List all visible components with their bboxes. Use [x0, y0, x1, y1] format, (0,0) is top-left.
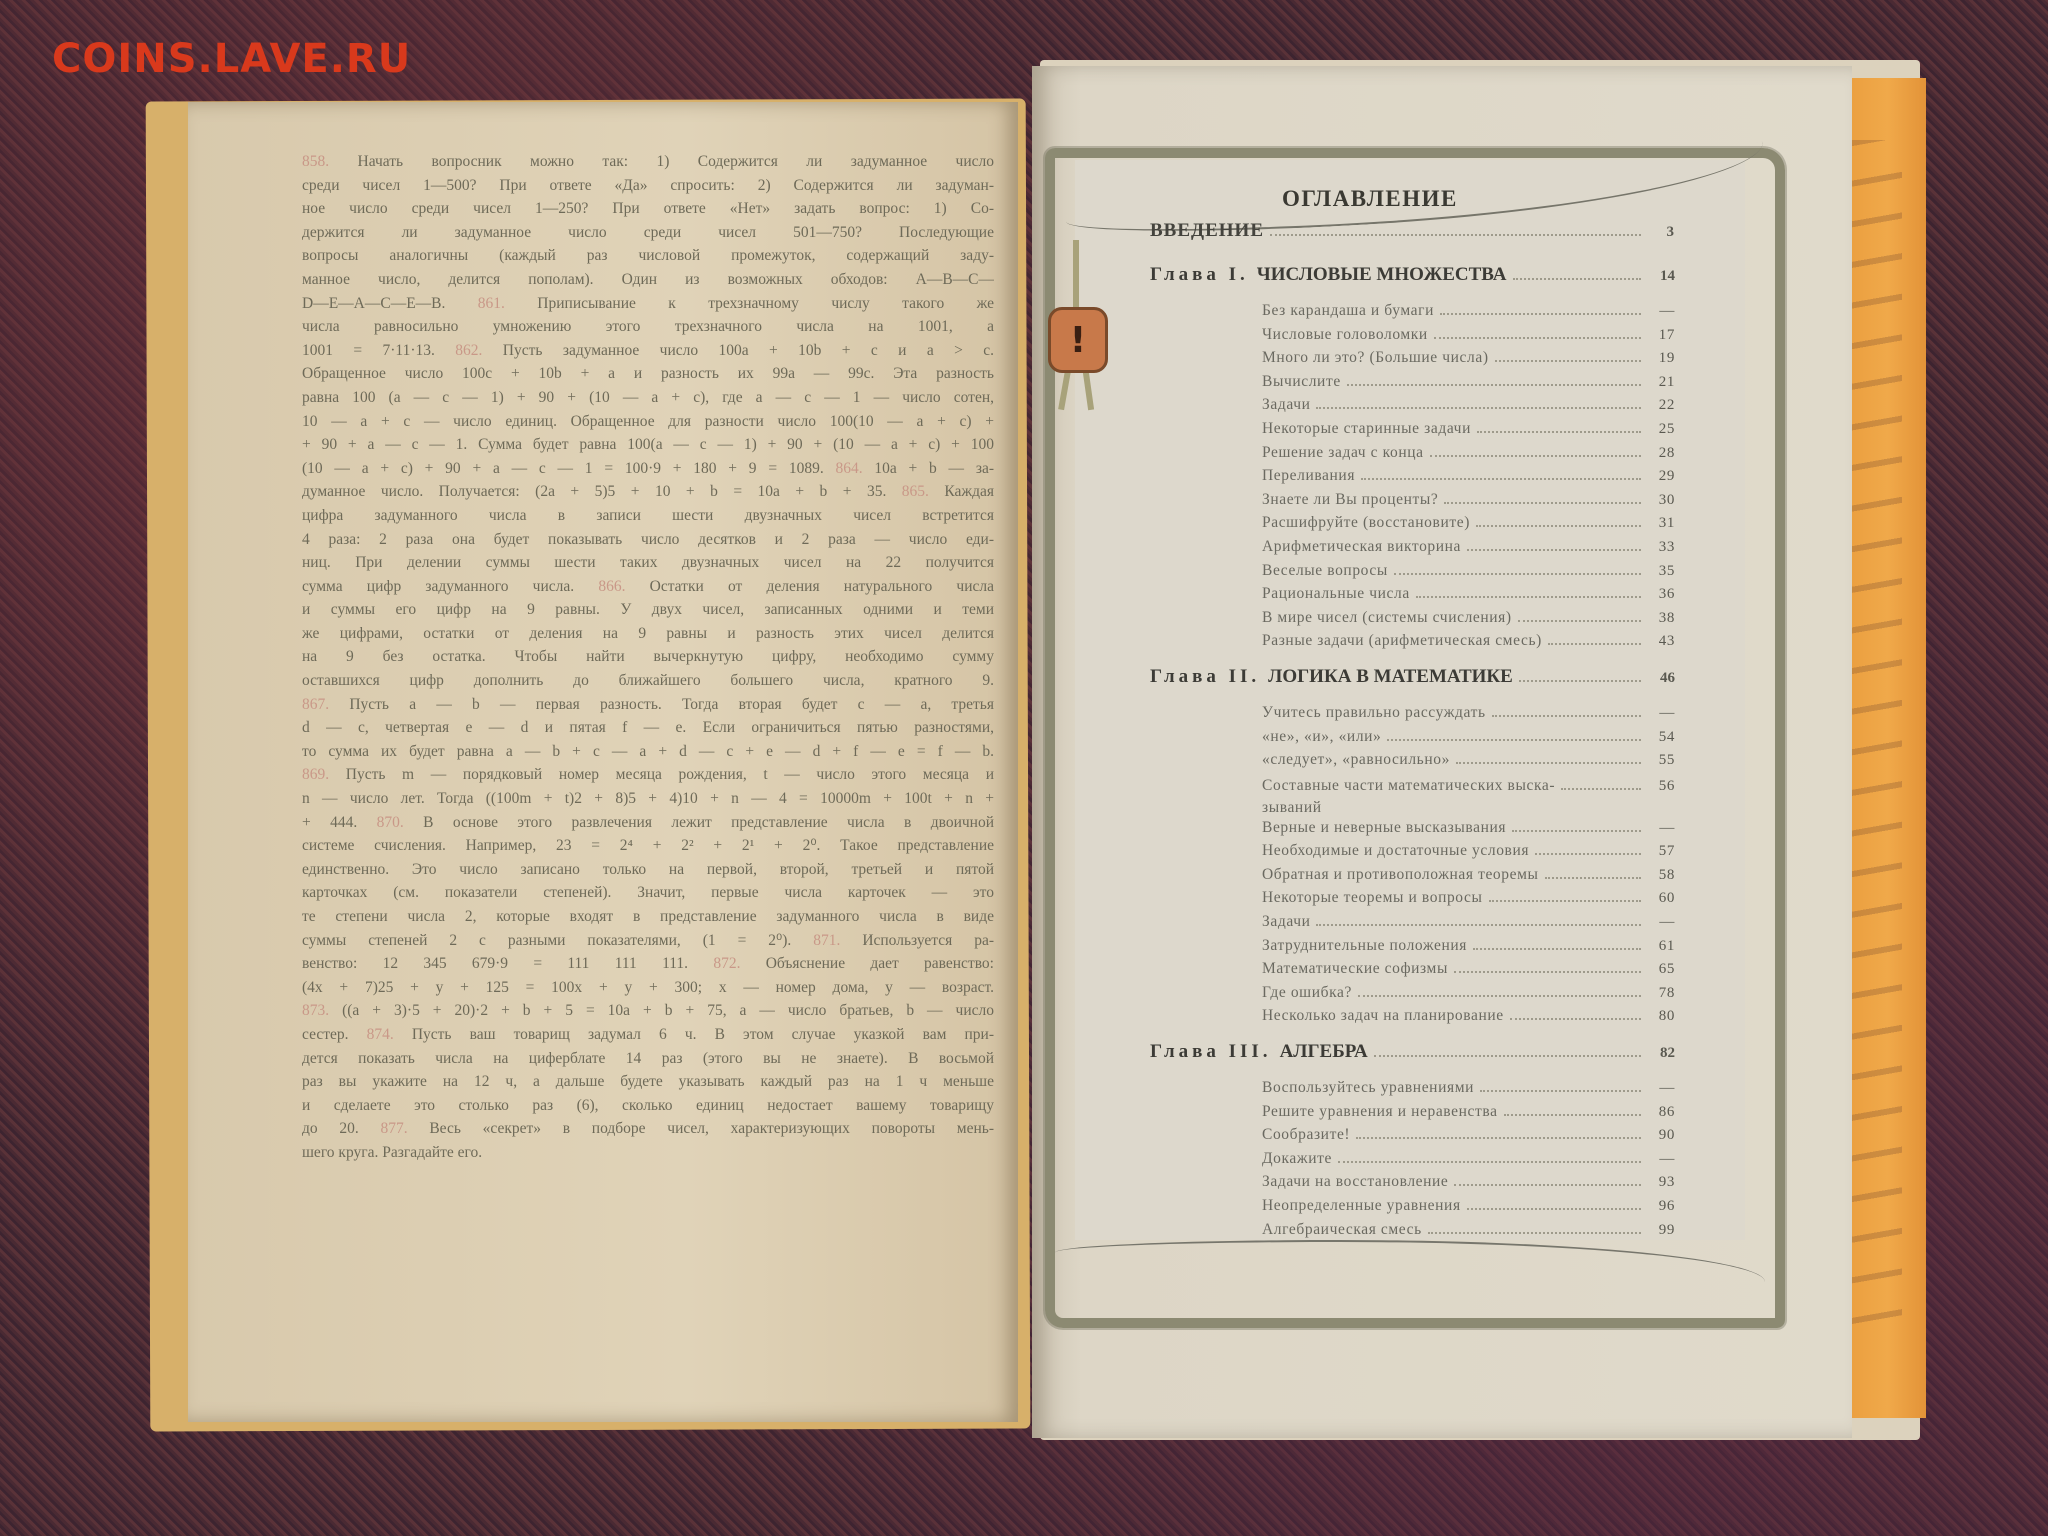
answer-text: те степени числа 2, которые входят в пре…: [302, 908, 994, 925]
answer-text: системе счисления. Например, 23 = 2⁴ + 2…: [302, 837, 994, 854]
leader-dots: [1440, 313, 1641, 315]
leader-dots: [1477, 431, 1641, 433]
answer-text: Пусть ваш товарищ задумал 6 ч. В этом сл…: [394, 1026, 994, 1043]
toc-item-label: Обратная и противоположная теоремы: [1262, 866, 1545, 884]
answer-line: Обращенное число 100c + 10b + a и разнос…: [302, 362, 994, 386]
toc-item-label: Переливания: [1262, 467, 1361, 485]
answer-line: суммы степеней 2 с разными показателями,…: [302, 929, 994, 953]
toc-item-label: Верные и неверные высказывания: [1262, 819, 1512, 837]
answer-text: единственно. Это число записано только н…: [302, 861, 994, 878]
answer-line: системе счисления. Например, 23 = 2⁴ + 2…: [302, 834, 994, 858]
answer-line: же цифрами, остатки от деления на 9 равн…: [302, 622, 994, 646]
answer-line: 10 — a + c — число единиц. Обращенное дл…: [302, 410, 994, 434]
answer-line: то сумма их будет равна a — b + c — a + …: [302, 740, 994, 764]
answer-text: среди чисел 1—500? При ответе «Да» спрос…: [302, 177, 994, 194]
problem-number: 872.: [713, 955, 740, 972]
answer-text: Приписывание к трехзначному числу такого…: [505, 295, 994, 312]
toc-item[interactable]: Много ли это? (Большие числа)19: [1262, 349, 1675, 373]
toc-item[interactable]: Расшифруйте (восстановите)31: [1262, 514, 1675, 538]
leader-dots: [1316, 407, 1641, 409]
leader-dots: [1476, 525, 1641, 527]
answer-line: D—E—A—C—E—B. 861. Приписывание к трехзна…: [302, 292, 994, 316]
toc-item-label: Арифметическая викторина: [1262, 538, 1467, 556]
answer-line: на 9 без остатка. Чтобы найти вычеркнуту…: [302, 645, 994, 669]
answer-text: карточках (см. показатели степеней). Зна…: [302, 884, 994, 901]
leader-dots: [1535, 853, 1641, 855]
toc-item-page: 43: [1641, 633, 1675, 650]
answer-text: же цифрами, остатки от деления на 9 равн…: [302, 625, 994, 642]
answer-line: и суммы его цифр на 9 равны. У двух чисе…: [302, 598, 994, 622]
toc-item-page: 60: [1641, 890, 1675, 907]
toc-item-page: 19: [1641, 350, 1675, 367]
answer-line: 867. Пусть a — b — первая разность. Тогд…: [302, 693, 994, 717]
answer-text: ((a + 3)·5 + 20)·2 + b + 5 = 10a + b + 7…: [329, 1002, 994, 1019]
leader-dots: [1374, 1055, 1641, 1057]
chapter-title: ЛОГИКА В МАТЕМАТИКЕ: [1268, 666, 1513, 687]
ribbon-icon: [1073, 240, 1079, 310]
toc-item-label: Рациональные числа: [1262, 585, 1416, 603]
toc-item[interactable]: Верные и неверные высказывания—: [1262, 819, 1675, 843]
toc-item-label-line1: Составные части математических выска-: [1262, 777, 1555, 794]
toc-item[interactable]: Арифметическая викторина33: [1262, 538, 1675, 562]
answer-text: и сделаете это столько раз (6), сколько …: [302, 1097, 994, 1114]
answer-text: вопросы аналогичны (каждый раз числовой …: [302, 247, 994, 264]
toc-item[interactable]: Составные части математических выска-зыв…: [1262, 775, 1675, 819]
answer-text: 10 — a + c — число единиц. Обращенное дл…: [302, 413, 994, 430]
toc-item-page: 96: [1641, 1198, 1675, 1215]
leader-dots: [1338, 1161, 1641, 1163]
toc-item-label: «следует», «равносильно»: [1262, 751, 1456, 769]
answer-text: числа равносильно умножению этого трехзн…: [302, 318, 994, 335]
toc-chapter[interactable]: Глава III.АЛГЕБРА82: [1150, 1041, 1675, 1079]
answer-text: и суммы его цифр на 9 равны. У двух чисе…: [302, 601, 994, 618]
toc-item-label: Докажите: [1262, 1150, 1338, 1168]
toc-item-page: 38: [1641, 610, 1675, 627]
toc-item-page: 90: [1641, 1127, 1675, 1144]
toc-item[interactable]: Математические софизмы65: [1262, 960, 1675, 984]
toc-item-label: Задачи: [1262, 396, 1316, 414]
toc-item[interactable]: Необходимые и достаточные условия57: [1262, 842, 1675, 866]
toc-item-label: Решите уравнения и неравенства: [1262, 1103, 1504, 1121]
toc-item-label: Воспользуйтесь уравнениями: [1262, 1079, 1480, 1097]
toc-item[interactable]: Затруднительные положения61: [1262, 937, 1675, 961]
toc-item-page: 25: [1641, 421, 1675, 438]
toc-item[interactable]: Знаете ли Вы проценты?30: [1262, 491, 1675, 515]
answer-text: + 90 + a — c — 1. Сумма будет равна 100(…: [302, 436, 994, 453]
leader-dots: [1495, 360, 1641, 362]
problem-number: 862.: [455, 342, 482, 359]
toc-item-label: Некоторые старинные задачи: [1262, 420, 1477, 438]
toc-item-page: —: [1641, 705, 1675, 722]
answer-text: шего круга. Разгадайте его.: [302, 1144, 482, 1161]
answer-text: Обращенное число 100c + 10b + a и разнос…: [302, 365, 994, 382]
answers-text: 858. Начать вопросник можно так: 1) Соде…: [302, 150, 994, 1165]
answer-line: (4x + 7)25 + y + 125 = 100x + y + 300; x…: [302, 976, 994, 1000]
answer-line: единственно. Это число записано только н…: [302, 858, 994, 882]
leader-dots: [1513, 278, 1642, 280]
problem-number: 877.: [380, 1120, 407, 1137]
toc-intro-page: 3: [1641, 224, 1675, 241]
toc-intro[interactable]: ВВЕДЕНИЕ 3: [1150, 220, 1675, 254]
problem-number: 870.: [377, 814, 404, 831]
answer-line: и сделаете это столько раз (6), сколько …: [302, 1094, 994, 1118]
chapter-prefix: Глава I.: [1150, 264, 1249, 285]
toc-item[interactable]: Учитесь правильно рассуждать—: [1262, 704, 1675, 728]
toc-item-page: 56: [1641, 778, 1675, 795]
leader-dots: [1467, 549, 1641, 551]
leader-dots: [1430, 455, 1641, 457]
answer-text: Пусть a — b — первая разность. Тогда вто…: [329, 696, 994, 713]
toc-item-page: 80: [1641, 1008, 1675, 1025]
leader-dots: [1473, 948, 1641, 950]
problem-number: 871.: [813, 932, 840, 949]
toc-item-label: Вычислите: [1262, 373, 1347, 391]
toc-item-page: —: [1641, 914, 1675, 931]
answer-text: ниц. При делении суммы шести таких двузн…: [302, 554, 994, 571]
leader-dots: [1545, 877, 1641, 879]
toc-item-label: Много ли это? (Большие числа): [1262, 349, 1495, 367]
chapter-label: Глава III.АЛГЕБРА: [1150, 1041, 1374, 1063]
chapter-prefix: Глава II.: [1150, 666, 1260, 687]
leader-dots: [1416, 596, 1641, 598]
toc-item-label: В мире чисел (системы счисления): [1262, 609, 1518, 627]
chapter-page: 46: [1641, 670, 1675, 687]
answer-line: манное число, делится пополам). Один из …: [302, 268, 994, 292]
toc-item-page: 29: [1641, 468, 1675, 485]
toc-item[interactable]: Некоторые старинные задачи25: [1262, 420, 1675, 444]
answer-text: Объяснение дает равенство:: [740, 955, 994, 972]
answer-text: d — c, четвертая e — d и пятая f — e. Ес…: [302, 719, 994, 736]
answer-text: Каждая: [929, 483, 994, 500]
answer-line: n — число лет. Тогда ((100m + t)2 + 8)5 …: [302, 787, 994, 811]
toc-item-label: Расшифруйте (восстановите): [1262, 514, 1476, 532]
answer-line: d — c, четвертая e — d и пятая f — e. Ес…: [302, 716, 994, 740]
toc-item[interactable]: Числовые головоломки17: [1262, 326, 1675, 350]
answer-line: 873. ((a + 3)·5 + 20)·2 + b + 5 = 10a + …: [302, 999, 994, 1023]
toc-item-page: 36: [1641, 586, 1675, 603]
toc-item-label: Задачи на восстановление: [1262, 1173, 1454, 1191]
toc-item[interactable]: Несколько задач на планирование80: [1262, 1007, 1675, 1031]
leader-dots: [1454, 1184, 1641, 1186]
leader-dots: [1270, 234, 1641, 236]
answer-text: (10 — a + c) + 90 + a — c — 1 = 100·9 + …: [302, 460, 835, 477]
toc-item[interactable]: Задачи на восстановление93: [1262, 1173, 1675, 1197]
answer-text: равна 100 (a — c — 1) + 90 + (10 — a + c…: [302, 389, 994, 406]
toc-item[interactable]: Где ошибка?78: [1262, 984, 1675, 1008]
leader-dots: [1444, 502, 1641, 504]
answer-line: до 20. 877. Весь «секрет» в подборе чисе…: [302, 1117, 994, 1141]
answer-line: шего круга. Разгадайте его.: [302, 1141, 994, 1165]
problem-number: 869.: [302, 766, 329, 783]
answer-line: дется показать числа на циферблате 14 ра…: [302, 1047, 994, 1071]
answer-line: раз вы укажите на 12 ч, а дальше будете …: [302, 1070, 994, 1094]
toc-item-label: Веселые вопросы: [1262, 562, 1394, 580]
answer-line: думанное число. Получается: (2a + 5)5 + …: [302, 480, 994, 504]
answer-text: сумма цифр задуманного числа.: [302, 578, 598, 595]
toc-item[interactable]: Переливания29: [1262, 467, 1675, 491]
answer-line: + 90 + a — c — 1. Сумма будет равна 100(…: [302, 433, 994, 457]
toc-item[interactable]: Без карандаша и бумаги—: [1262, 302, 1675, 326]
chapter-title: АЛГЕБРА: [1280, 1041, 1368, 1062]
toc-item[interactable]: Задачи22: [1262, 396, 1675, 420]
answer-line: ное число среди чисел 1—250? При ответе …: [302, 197, 994, 221]
answer-line: венство: 12 345 679·9 = 111 111 111. 872…: [302, 952, 994, 976]
toc-item[interactable]: Неопределенные уравнения96: [1262, 1197, 1675, 1221]
leader-dots: [1456, 762, 1641, 764]
toc-item-page: 35: [1641, 563, 1675, 580]
toc-item-page: 28: [1641, 445, 1675, 462]
toc-item-page: —: [1641, 820, 1675, 837]
answer-text: до 20.: [302, 1120, 380, 1137]
toc-item-label: Числовые головоломки: [1262, 326, 1434, 344]
problem-number: 866.: [598, 578, 625, 595]
problem-number: 874.: [367, 1026, 394, 1043]
toc-item-page: 93: [1641, 1174, 1675, 1191]
answer-text: Весь «секрет» в подборе чисел, характери…: [408, 1120, 994, 1137]
problem-number: 865.: [902, 483, 929, 500]
toc-chapter[interactable]: Глава II.ЛОГИКА В МАТЕМАТИКЕ46: [1150, 666, 1675, 704]
toc-item[interactable]: Вычислите21: [1262, 373, 1675, 397]
answer-text: венство: 12 345 679·9 = 111 111 111.: [302, 955, 713, 972]
toc-intro-label: ВВЕДЕНИЕ: [1150, 220, 1270, 242]
chapter-prefix: Глава III.: [1150, 1041, 1272, 1062]
toc-item-label: Учитесь правильно рассуждать: [1262, 704, 1492, 722]
answer-line: числа равносильно умножению этого трехзн…: [302, 315, 994, 339]
toc-item-label: Где ошибка?: [1262, 984, 1358, 1002]
chapter-label: Глава I.ЧИСЛОВЫЕ МНОЖЕСТВА: [1150, 264, 1513, 286]
leader-dots: [1561, 788, 1641, 790]
answer-line: среди чисел 1—500? При ответе «Да» спрос…: [302, 174, 994, 198]
toc-item[interactable]: Решите уравнения и неравенства86: [1262, 1103, 1675, 1127]
toc-item-page: 54: [1641, 729, 1675, 746]
answer-text: + 444.: [302, 814, 377, 831]
answer-line: сестер. 874. Пусть ваш товарищ задумал 6…: [302, 1023, 994, 1047]
toc-item-page: 33: [1641, 539, 1675, 556]
toc-item-label: Составные части математических выска-зыв…: [1262, 775, 1561, 819]
toc-item-label: Сообразите!: [1262, 1126, 1356, 1144]
leader-dots: [1510, 1018, 1641, 1020]
answer-line: ниц. При делении суммы шести таких двузн…: [302, 551, 994, 575]
leader-dots: [1548, 643, 1641, 645]
toc-item[interactable]: «следует», «равносильно»55: [1262, 751, 1675, 775]
answer-text: цифра задуманного числа в записи шести д…: [302, 507, 994, 524]
problem-number: 858.: [302, 153, 329, 170]
toc-item-label: Несколько задач на планирование: [1262, 1007, 1510, 1025]
answer-text: ное число среди чисел 1—250? При ответе …: [302, 200, 994, 217]
answer-text: суммы степеней 2 с разными показателями,…: [302, 932, 813, 949]
toc-item[interactable]: Веселые вопросы35: [1262, 562, 1675, 586]
leader-dots: [1489, 900, 1641, 902]
chapter-title: ЧИСЛОВЫЕ МНОЖЕСТВА: [1257, 264, 1507, 285]
answer-text: n — число лет. Тогда ((100m + t)2 + 8)5 …: [302, 790, 994, 807]
answer-text: (4x + 7)25 + y + 125 = 100x + y + 300; x…: [302, 979, 994, 996]
toc-item-label: Задачи: [1262, 913, 1316, 931]
toc-item-page: 99: [1641, 1222, 1675, 1239]
answer-text: Пусть m — порядковый номер месяца рожден…: [329, 766, 994, 783]
leader-dots: [1467, 1208, 1641, 1210]
table-of-contents: ВВЕДЕНИЕ 3 Глава I.ЧИСЛОВЫЕ МНОЖЕСТВА14Б…: [1150, 220, 1675, 1244]
watermark: COINS.LAVE.RU: [52, 36, 411, 82]
answer-line: вопросы аналогичны (каждый раз числовой …: [302, 244, 994, 268]
answer-text: В основе этого развлечения лежит предста…: [404, 814, 994, 831]
toc-item[interactable]: Обратная и противоположная теоремы58: [1262, 866, 1675, 890]
toc-item[interactable]: Сообразите!90: [1262, 1126, 1675, 1150]
toc-item[interactable]: Алгебраическая смесь99: [1262, 1221, 1675, 1245]
problem-number: 861.: [478, 295, 505, 312]
toc-item[interactable]: Рациональные числа36: [1262, 585, 1675, 609]
cover-illustration-edge: [1852, 140, 1902, 1340]
toc-item-page: 30: [1641, 492, 1675, 509]
toc-item[interactable]: Задачи—: [1262, 913, 1675, 937]
answer-line: цифра задуманного числа в записи шести д…: [302, 504, 994, 528]
problem-number: 873.: [302, 1002, 329, 1019]
leader-dots: [1347, 384, 1641, 386]
answer-text: держится ли задуманное число среди чисел…: [302, 224, 994, 241]
answer-line: оставшихся цифр дополнить до ближайшего …: [302, 669, 994, 693]
toc-title: ОГЛАВЛЕНИЕ: [1282, 186, 1458, 212]
answer-text: оставшихся цифр дополнить до ближайшего …: [302, 672, 994, 689]
answer-line: + 444. 870. В основе этого развлечения л…: [302, 811, 994, 835]
toc-item-label: Разные задачи (арифметическая смесь): [1262, 632, 1548, 650]
answer-line: сумма цифр задуманного числа. 866. Остат…: [302, 575, 994, 599]
toc-chapter[interactable]: Глава I.ЧИСЛОВЫЕ МНОЖЕСТВА14: [1150, 264, 1675, 302]
toc-item-page: 78: [1641, 985, 1675, 1002]
leader-dots: [1361, 478, 1641, 480]
leader-dots: [1356, 1137, 1641, 1139]
leader-dots: [1519, 680, 1641, 682]
toc-item-page: 57: [1641, 843, 1675, 860]
answer-text: сестер.: [302, 1026, 367, 1043]
leader-dots: [1512, 830, 1641, 832]
toc-item-page: 22: [1641, 397, 1675, 414]
toc-item[interactable]: В мире чисел (системы счисления)38: [1262, 609, 1675, 633]
leader-dots: [1480, 1090, 1641, 1092]
toc-item-label: Алгебраическая смесь: [1262, 1221, 1428, 1239]
chapter-label: Глава II.ЛОГИКА В МАТЕМАТИКЕ: [1150, 666, 1519, 688]
toc-item[interactable]: «не», «и», «или»54: [1262, 728, 1675, 752]
answer-line: те степени числа 2, которые входят в пре…: [302, 905, 994, 929]
leader-dots: [1454, 971, 1641, 973]
toc-item-label: Знаете ли Вы проценты?: [1262, 491, 1444, 509]
leader-dots: [1492, 715, 1641, 717]
leader-dots: [1518, 620, 1641, 622]
toc-item[interactable]: Докажите—: [1262, 1150, 1675, 1174]
toc-item-label-line2: зываний: [1262, 799, 1322, 816]
leader-dots: [1504, 1114, 1641, 1116]
toc-item[interactable]: Разные задачи (арифметическая смесь)43: [1262, 632, 1675, 656]
answer-line: равна 100 (a — c — 1) + 90 + (10 — a + c…: [302, 386, 994, 410]
answer-text: 4 раза: 2 раза она будет показывать числ…: [302, 531, 994, 548]
chapter-page: 14: [1641, 268, 1675, 285]
toc-item-label: Без карандаша и бумаги: [1262, 302, 1440, 320]
toc-item-label: Неопределенные уравнения: [1262, 1197, 1467, 1215]
answer-text: раз вы укажите на 12 ч, а дальше будете …: [302, 1073, 994, 1090]
answer-text: Начать вопросник можно так: 1) Содержитс…: [329, 153, 994, 170]
toc-item-page: 61: [1641, 938, 1675, 955]
toc-item[interactable]: Решение задач с конца28: [1262, 444, 1675, 468]
toc-item-page: 17: [1641, 327, 1675, 344]
toc-item-page: 31: [1641, 515, 1675, 532]
leader-dots: [1434, 337, 1641, 339]
leader-dots: [1394, 573, 1641, 575]
toc-item[interactable]: Некоторые теоремы и вопросы60: [1262, 889, 1675, 913]
chapter-page: 82: [1641, 1045, 1675, 1062]
answer-text: думанное число. Получается: (2a + 5)5 + …: [302, 483, 902, 500]
toc-item-page: —: [1641, 1080, 1675, 1097]
answer-line: держится ли задуманное число среди чисел…: [302, 221, 994, 245]
answer-text: на 9 без остатка. Чтобы найти вычеркнуту…: [302, 648, 994, 665]
answer-text: Пусть задуманное число 100a + 10b + c и …: [482, 342, 994, 359]
toc-item-label: «не», «и», «или»: [1262, 728, 1387, 746]
answer-line: 869. Пусть m — порядковый номер месяца р…: [302, 763, 994, 787]
problem-number: 867.: [302, 696, 329, 713]
toc-item-label: Некоторые теоремы и вопросы: [1262, 889, 1489, 907]
answer-line: (10 — a + c) + 90 + a — c — 1 = 100·9 + …: [302, 457, 994, 481]
toc-item-label: Затруднительные положения: [1262, 937, 1473, 955]
answer-line: карточках (см. показатели степеней). Зна…: [302, 881, 994, 905]
leader-dots: [1358, 995, 1641, 997]
toc-item-label: Решение задач с конца: [1262, 444, 1430, 462]
leader-dots: [1387, 739, 1641, 741]
toc-item[interactable]: Воспользуйтесь уравнениями—: [1262, 1079, 1675, 1103]
toc-item-page: —: [1641, 303, 1675, 320]
answer-text: то сумма их будет равна a — b + c — a + …: [302, 743, 994, 760]
answer-text: манное число, делится пополам). Один из …: [302, 271, 994, 288]
toc-item-page: 21: [1641, 374, 1675, 391]
problem-number: 864.: [835, 460, 862, 477]
leader-dots: [1428, 1232, 1641, 1234]
toc-item-page: 86: [1641, 1104, 1675, 1121]
toc-item-page: 55: [1641, 752, 1675, 769]
toc-item-page: 58: [1641, 867, 1675, 884]
toc-item-label: Необходимые и достаточные условия: [1262, 842, 1535, 860]
answer-text: Используется ра-: [840, 932, 994, 949]
answer-line: 1001 = 7·11·13. 862. Пусть задуманное чи…: [302, 339, 994, 363]
toc-item-label: Математические софизмы: [1262, 960, 1454, 978]
answer-text: 10a + b — за-: [863, 460, 994, 477]
toc-item-page: 65: [1641, 961, 1675, 978]
answer-text: Остатки от деления натурального числа: [625, 578, 994, 595]
answer-text: дется показать числа на циферблате 14 ра…: [302, 1050, 994, 1067]
answer-line: 4 раза: 2 раза она будет показывать числ…: [302, 528, 994, 552]
wax-seal-exclamation-icon: !: [1048, 307, 1108, 373]
toc-item-page: —: [1641, 1151, 1675, 1168]
answer-text: D—E—A—C—E—B.: [302, 295, 478, 312]
answer-text: 1001 = 7·11·13.: [302, 342, 455, 359]
leader-dots: [1316, 924, 1641, 926]
answer-line: 858. Начать вопросник можно так: 1) Соде…: [302, 150, 994, 174]
